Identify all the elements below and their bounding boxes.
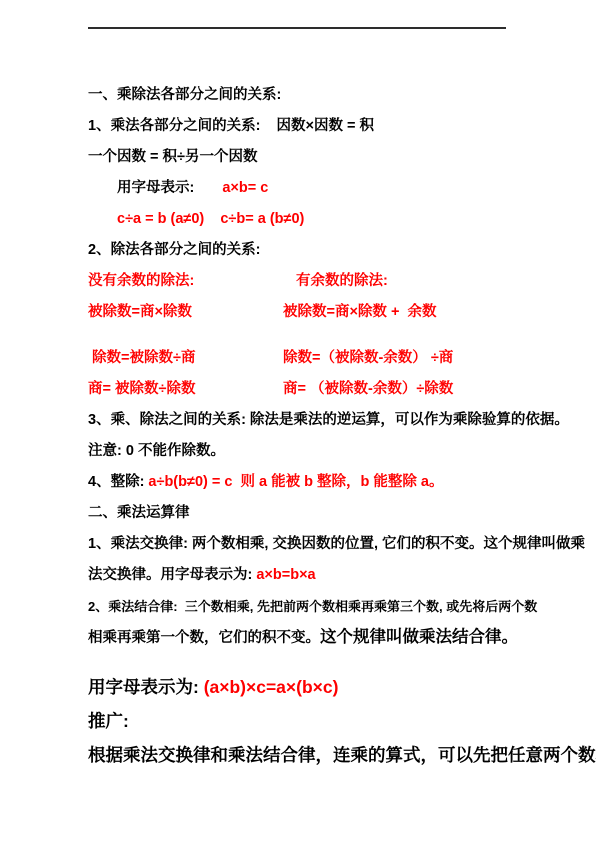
divisibility-label: 4、整除:: [88, 474, 148, 490]
multiplication-letter-formula: a×b= c: [222, 180, 268, 196]
zero-divisor-note: 注意: 0 不能作除数。: [88, 436, 558, 467]
no-remainder-header: 没有余数的除法:: [88, 266, 283, 297]
extension-title: 推广:: [88, 704, 558, 738]
quotient-formula-right: 商= （被除数-余数）÷除数: [283, 381, 453, 397]
factor-formula: 一个因数 = 积÷另一个因数: [88, 142, 558, 173]
associative-law-line2: 相乘再乘第一个数，它们的积不变。这个规律叫做乘法结合律。: [88, 622, 558, 654]
division-parts-title: 2、除法各部分之间的关系:: [88, 235, 558, 266]
header-rule: [88, 27, 506, 29]
divisibility-line: 4、整除: a÷b(b≠0) = c 则 a 能被 b 整除，b 能整除 a。: [88, 467, 558, 498]
mult-div-relation: 3、乘、除法之间的关系: 除法是乘法的逆运算，可以作为乘除验算的依据。: [88, 405, 558, 436]
dividend-formula-left: 被除数=商×除数: [88, 297, 283, 328]
associative-formula-line: 用字母表示为: (a×b)×c=a×(b×c): [88, 670, 558, 704]
division-table-row-dividend: 被除数=商×除数被除数=商×除数 + 余数: [88, 297, 558, 328]
extension-body: 根据乘法交换律和乘法结合律，连乘的算式，可以先把任意两个数相: [88, 738, 558, 772]
multiplication-parts-relation: 1、乘法各部分之间的关系: 因数×因数 = 积: [88, 111, 558, 142]
associative-formula: (a×b)×c=a×(b×c): [204, 677, 339, 697]
section2-title: 二、乘法运算律: [88, 498, 558, 529]
divisor-formula-right: 除数=（被除数-余数） ÷商: [283, 350, 453, 366]
divisor-formula-left: 除数=被除数÷商: [88, 343, 283, 374]
quotient-formula-left: 商= 被除数÷除数: [88, 374, 283, 405]
associative-law-body: 相乘再乘第一个数，它们的积不变。: [88, 630, 320, 646]
section1-title: 一、乘除法各部分之间的关系:: [88, 80, 558, 111]
division-table-row-quotient: 商= 被除数÷除数商= （被除数-余数）÷除数: [88, 374, 558, 405]
division-table-row-divisor: 除数=被除数÷商除数=（被除数-余数） ÷商: [88, 343, 558, 374]
letters-representation-line: 用字母表示:a×b= c: [88, 173, 558, 204]
commutative-law-line2: 法交换律。用字母表示为: a×b=b×a: [88, 560, 558, 591]
associative-formula-label: 用字母表示为:: [88, 677, 204, 697]
commutative-law-label: 法交换律。用字母表示为:: [88, 567, 256, 583]
commutative-law-line1: 1、乘法交换律: 两个数相乘, 交换因数的位置, 它们的积不变。这个规律叫做乘: [88, 529, 558, 560]
division-letter-formulas: c÷a = b (a≠0) c÷b= a (b≠0): [88, 204, 558, 235]
divisibility-formula: a÷b(b≠0) = c 则 a 能被 b 整除，b 能整除 a。: [148, 474, 443, 490]
remainder-header: 有余数的除法:: [283, 273, 388, 289]
document-content: 一、乘除法各部分之间的关系: 1、乘法各部分之间的关系: 因数×因数 = 积 一…: [88, 80, 558, 772]
letters-label: 用字母表示:: [117, 180, 194, 196]
division-table-headers: 没有余数的除法:有余数的除法:: [88, 266, 558, 297]
commutative-law-formula: a×b=b×a: [256, 567, 315, 583]
dividend-formula-right: 被除数=商×除数 + 余数: [283, 304, 437, 320]
associative-law-name: 这个规律叫做乘法结合律。: [320, 628, 518, 646]
associative-law-line1: 2、乘法结合律: 三个数相乘, 先把前两个数相乘再乘第三个数, 或先将后两个数: [88, 591, 558, 622]
